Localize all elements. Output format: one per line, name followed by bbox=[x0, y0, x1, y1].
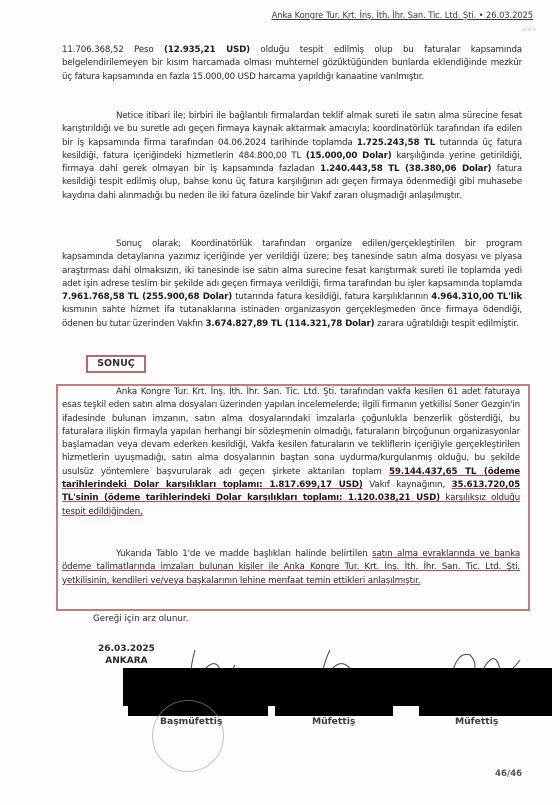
page-number: 46/46 bbox=[495, 769, 522, 779]
redaction-name-3 bbox=[419, 700, 552, 716]
signatory-role-2: Müfettiş bbox=[312, 716, 355, 727]
official-stamp-icon bbox=[152, 700, 224, 772]
document-page: Anka Kongre Tur. Krt. İnş. İth. İhr. San… bbox=[0, 0, 560, 805]
paragraph-netice: Netice itibari ile; birbiri ile bağlantı… bbox=[62, 110, 522, 203]
paragraph-yukarida: Yukarıda Tablo 1'de ve madde başlıkları … bbox=[62, 548, 520, 588]
page-header: Anka Kongre Tur. Krt. İnş. İth. İhr. San… bbox=[272, 10, 533, 20]
redaction-name-2 bbox=[275, 700, 393, 716]
paragraph-conclusion: Anka Kongre Tur. Krt. İnş. İth. İhr. San… bbox=[62, 386, 520, 519]
closing-line: Gereği için arz olunur. bbox=[93, 614, 188, 624]
paragraph-peso: 11.706.368,52 Peso (12.935,21 USD) olduğ… bbox=[62, 44, 522, 84]
signatory-role-3: Müfettiş bbox=[455, 716, 498, 727]
signatory-role-1: Başmüfettiş bbox=[160, 716, 222, 727]
watermark: anka bbox=[521, 26, 536, 33]
signature-city: ANKARA bbox=[98, 655, 155, 667]
signature-date: 26.03.2025 bbox=[98, 643, 155, 655]
paragraph-sonuc-olarak: Sonuç olarak; Koordinatörlük tarafından … bbox=[62, 238, 522, 331]
signature-date-block: 26.03.2025 ANKARA bbox=[98, 643, 155, 667]
sonuc-heading: SONUÇ bbox=[86, 355, 146, 373]
